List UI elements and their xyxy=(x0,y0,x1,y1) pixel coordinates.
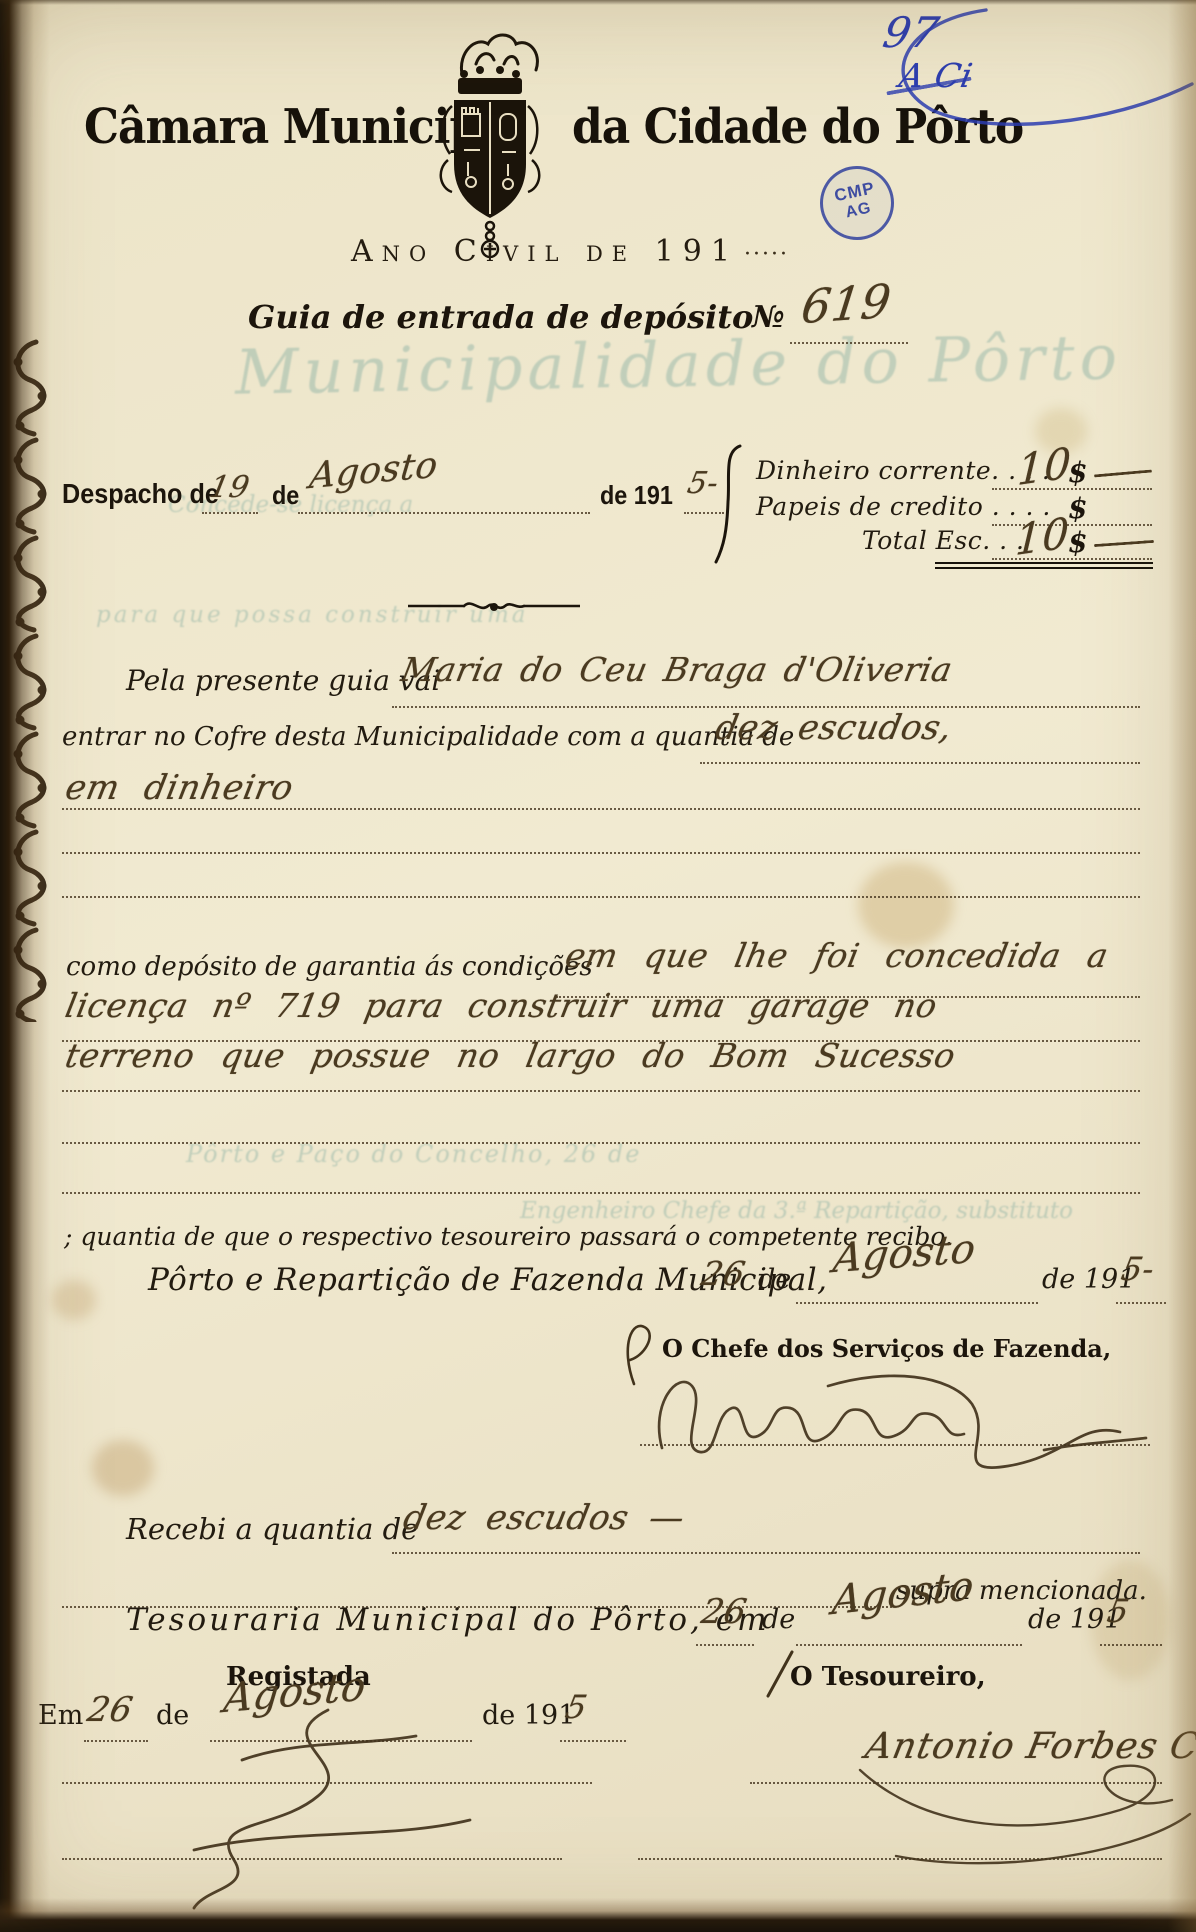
recibo-clause: ; quantia de que o respectivo tesoureiro… xyxy=(64,1222,953,1251)
showthrough-line: Engenheiro Chefe da 3.ª Repartição, subs… xyxy=(520,1198,1073,1224)
fill-line xyxy=(392,1552,1140,1554)
despacho-de: de xyxy=(272,480,299,511)
cifrao-sign: $ xyxy=(1068,492,1087,525)
fill-line xyxy=(62,852,1140,854)
amount-dash xyxy=(1094,469,1152,477)
amount-label-papeis: Papeis de credito . . . . xyxy=(756,492,1051,521)
fill-line xyxy=(696,1644,754,1646)
fill-line xyxy=(1116,1302,1166,1304)
page-top-edge xyxy=(0,0,1196,5)
divider-ornament xyxy=(408,596,580,616)
cifrao-sign: $ xyxy=(1068,526,1087,559)
coat-of-arms xyxy=(424,30,556,258)
fill-line xyxy=(62,1192,1140,1194)
doc-title: Guia de entrada de depósito xyxy=(248,298,753,336)
page-binding-edge xyxy=(0,0,50,1932)
doc-number-sign: № xyxy=(752,300,785,335)
recebi-print: Recebi a quantia de xyxy=(126,1512,418,1546)
amount-label-dinheiro: Dinheiro corrente. . . . xyxy=(756,456,1050,485)
total-double-rule xyxy=(935,562,1153,569)
body-line2-print: entrar no Cofre desta Municipalidade com… xyxy=(62,722,794,752)
document-page: Municipalidade do Pôrto Concede-se licen… xyxy=(0,0,1196,1932)
registada-signature-flourish xyxy=(146,1698,486,1914)
fill-line xyxy=(560,1740,626,1742)
fill-line xyxy=(62,1142,1140,1144)
tesoureiro-signature-flourish xyxy=(840,1754,1196,1876)
fill-line xyxy=(796,1302,1038,1304)
registada-de-191: de 191 xyxy=(482,1700,575,1731)
fill-line xyxy=(62,808,1140,810)
fill-line xyxy=(202,512,258,514)
fill-line xyxy=(62,1090,1140,1092)
year-line: Ano Civil de 191 ····· xyxy=(0,234,1140,269)
page-right-edge xyxy=(1168,0,1196,1932)
fill-line xyxy=(790,342,908,344)
fazenda-de: de xyxy=(758,1264,791,1295)
amount-label-total: Total Esc. . . xyxy=(862,526,1025,555)
body-line1-print: Pela presente guia vai xyxy=(126,664,440,697)
paper-stain xyxy=(92,1440,154,1496)
fill-line xyxy=(1100,1644,1162,1646)
showthrough-line: Pôrto e Paço do Concelho, 26 de xyxy=(186,1140,641,1168)
fill-line xyxy=(298,512,590,514)
chefe-signature-flourish xyxy=(648,1352,1158,1502)
cifrao-sign: $ xyxy=(1068,456,1087,489)
tesouraria-print: Tesouraria Municipal do Pôrto, em xyxy=(126,1602,770,1638)
fill-line xyxy=(796,1644,1022,1646)
page-bottom-edge xyxy=(0,1898,1196,1932)
fill-line xyxy=(84,1740,148,1742)
brace xyxy=(714,444,742,564)
fill-line xyxy=(62,896,1140,898)
paper-stain xyxy=(52,1280,96,1320)
amount-dash xyxy=(1094,540,1154,547)
tesouraria-de: de xyxy=(762,1604,795,1635)
despacho-de-191: de 191 xyxy=(600,480,673,511)
tesoureiro-title: O Tesoureiro, xyxy=(790,1662,986,1692)
fill-line xyxy=(700,762,1140,764)
despacho-label: Despacho de xyxy=(62,478,219,510)
garantia-print: como depósito de garantia ás condições xyxy=(66,952,593,982)
